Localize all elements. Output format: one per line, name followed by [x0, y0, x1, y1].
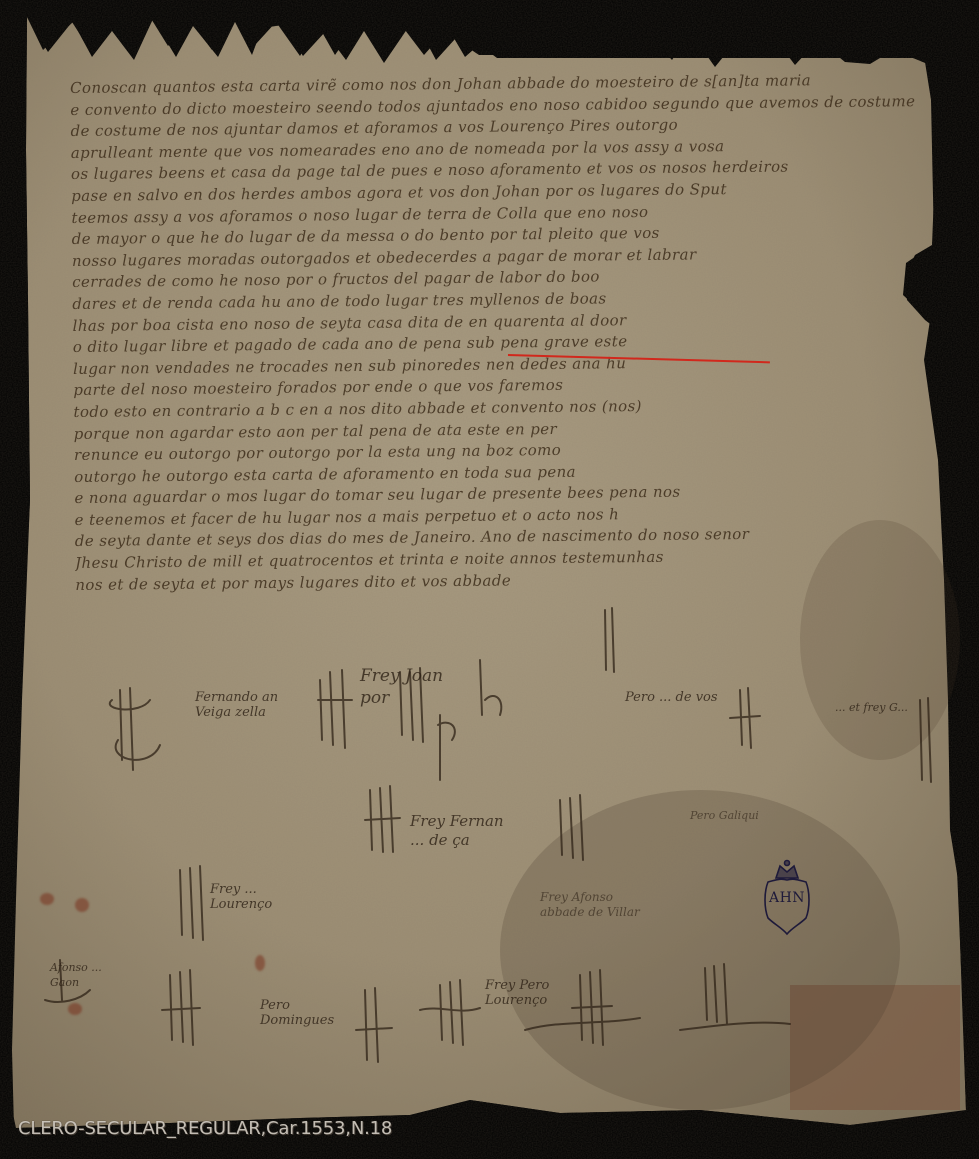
- signature: Frey Fernan ... de ça: [410, 812, 510, 850]
- signature: Afonso ... Gaon: [50, 960, 120, 990]
- signature: Pero ... de vos: [625, 690, 725, 705]
- signature: Pero Galiqui: [690, 808, 760, 823]
- signature: Pero Domingues: [260, 998, 360, 1028]
- stamp-label: AHN: [758, 890, 816, 906]
- signature: ... et frey G...: [835, 700, 925, 715]
- signature: Frey Joan por: [360, 665, 470, 709]
- signature: Fernando an Veiga zella: [195, 690, 285, 720]
- signature: Frey Afonso abbade de Villar: [540, 890, 650, 920]
- ahn-archive-stamp: AHN: [758, 858, 816, 938]
- witness-signatures: Fernando an Veiga zella Frey Joan por Pe…: [0, 0, 979, 1159]
- archive-reference-caption: CLERO-SECULAR_REGULAR,Car.1553,N.18: [18, 1118, 392, 1139]
- signature: Frey Pero Lourenço: [485, 978, 565, 1008]
- signature: Frey ... Lourenço: [210, 882, 300, 912]
